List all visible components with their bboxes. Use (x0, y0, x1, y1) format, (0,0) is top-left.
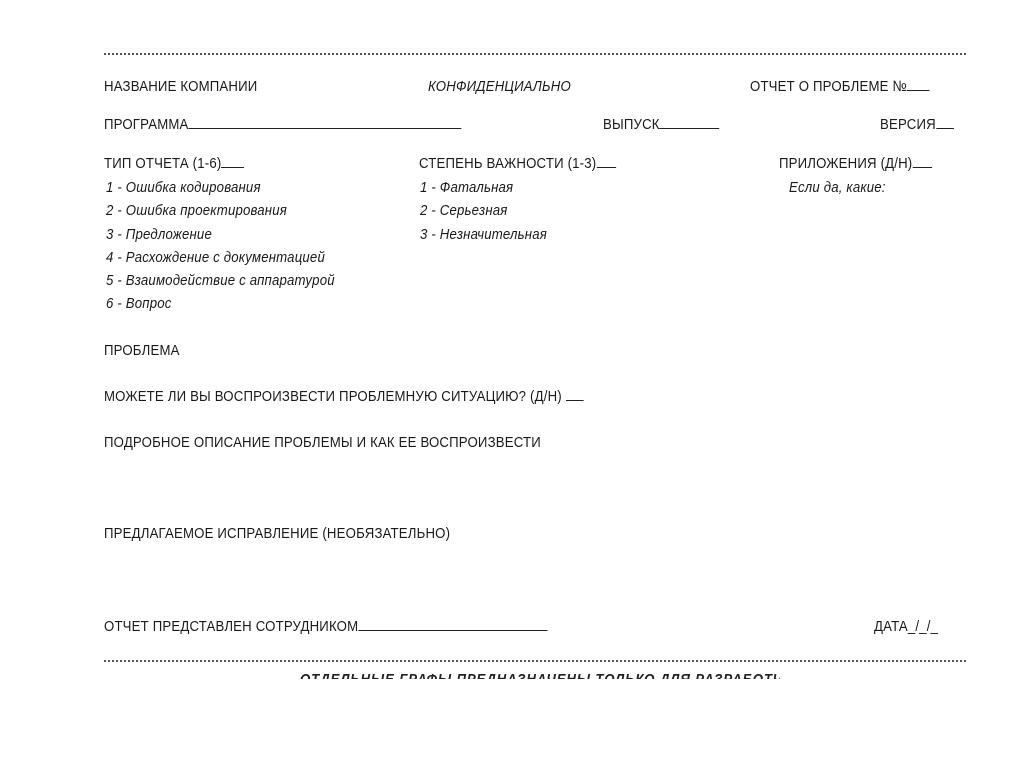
report-type-option: 4 - Расхождение с документацией (106, 249, 325, 266)
severity-blank[interactable] (596, 155, 615, 168)
release-blank[interactable] (660, 116, 720, 129)
reproducible-field[interactable]: МОЖЕТЕ ЛИ ВЫ ВОСПРОИЗВЕСТИ ПРОБЛЕМНУЮ СИ… (104, 388, 583, 405)
confidential-label: КОНФИДЕНЦИАЛЬНО (428, 78, 571, 95)
reported-by-field[interactable]: ОТЧЕТ ПРЕДСТАВЛЕН СОТРУДНИКОМ (104, 618, 548, 635)
attachments-field[interactable]: ПРИЛОЖЕНИЯ (Д/Н) (779, 155, 932, 172)
version-label: ВЕРСИЯ (880, 116, 936, 133)
date-label: ДАТА (874, 618, 908, 635)
attachments-hint: Если да, какие: (789, 179, 886, 196)
report-type-option: 2 - Ошибка проектирования (106, 202, 287, 219)
version-blank[interactable] (936, 116, 954, 129)
bottom-divider (104, 660, 966, 662)
severity-field[interactable]: СТЕПЕНЬ ВАЖНОСТИ (1-3) (419, 155, 616, 172)
report-type-option: 5 - Взаимодействие с аппаратурой (106, 272, 335, 289)
problem-report-number-blank[interactable] (907, 78, 930, 91)
reported-by-blank[interactable] (358, 618, 547, 631)
program-blank[interactable] (189, 116, 462, 129)
report-type-option: 3 - Предложение (106, 226, 212, 243)
reproducible-blank[interactable] (566, 388, 584, 401)
program-label: ПРОГРАММА (104, 116, 189, 133)
reported-by-label: ОТЧЕТ ПРЕДСТАВЛЕН СОТРУДНИКОМ (104, 618, 358, 635)
report-type-label: ТИП ОТЧЕТА (1-6) (104, 155, 221, 172)
severity-option: 1 - Фатальная (420, 179, 513, 196)
description-label: ПОДРОБНОЕ ОПИСАНИЕ ПРОБЛЕМЫ И КАК ЕЕ ВОС… (104, 434, 541, 451)
suggested-fix-label: ПРЕДЛАГАЕМОЕ ИСПРАВЛЕНИЕ (НЕОБЯЗАТЕЛЬНО) (104, 525, 450, 542)
severity-option: 2 - Серьезная (420, 202, 508, 219)
attachments-blank[interactable] (912, 155, 931, 168)
release-label: ВЫПУСК (603, 116, 660, 133)
report-type-option: 6 - Вопрос (106, 295, 172, 312)
attachments-label: ПРИЛОЖЕНИЯ (Д/Н) (779, 155, 912, 172)
top-divider (104, 53, 966, 55)
severity-label: СТЕПЕНЬ ВАЖНОСТИ (1-3) (419, 155, 596, 172)
report-type-blank[interactable] (221, 155, 244, 168)
date-field[interactable]: ДАТА_/_/_ (874, 618, 938, 635)
report-type-field[interactable]: ТИП ОТЧЕТА (1-6) (104, 155, 244, 172)
date-blank[interactable]: _/_/_ (908, 618, 938, 635)
problem-report-number-label: ОТЧЕТ О ПРОБЛЕМЕ № (750, 78, 907, 95)
clipped-footer-note: ОТДЕЛЬНЫЕ ГРАФЫ ПРЕДНАЗНАЧЕНЫ ТОЛЬКО ДЛЯ… (300, 671, 780, 679)
severity-option: 3 - Незначительная (420, 226, 547, 243)
reproducible-label: МОЖЕТЕ ЛИ ВЫ ВОСПРОИЗВЕСТИ ПРОБЛЕМНУЮ СИ… (104, 388, 562, 405)
program-field[interactable]: ПРОГРАММА (104, 116, 461, 133)
version-field[interactable]: ВЕРСИЯ (880, 116, 953, 133)
company-name-label: НАЗВАНИЕ КОМПАНИИ (104, 78, 257, 95)
problem-report-number-field[interactable]: ОТЧЕТ О ПРОБЛЕМЕ № (750, 78, 930, 95)
problem-label: ПРОБЛЕМА (104, 342, 180, 359)
report-type-option: 1 - Ошибка кодирования (106, 179, 261, 196)
release-field[interactable]: ВЫПУСК (603, 116, 719, 133)
